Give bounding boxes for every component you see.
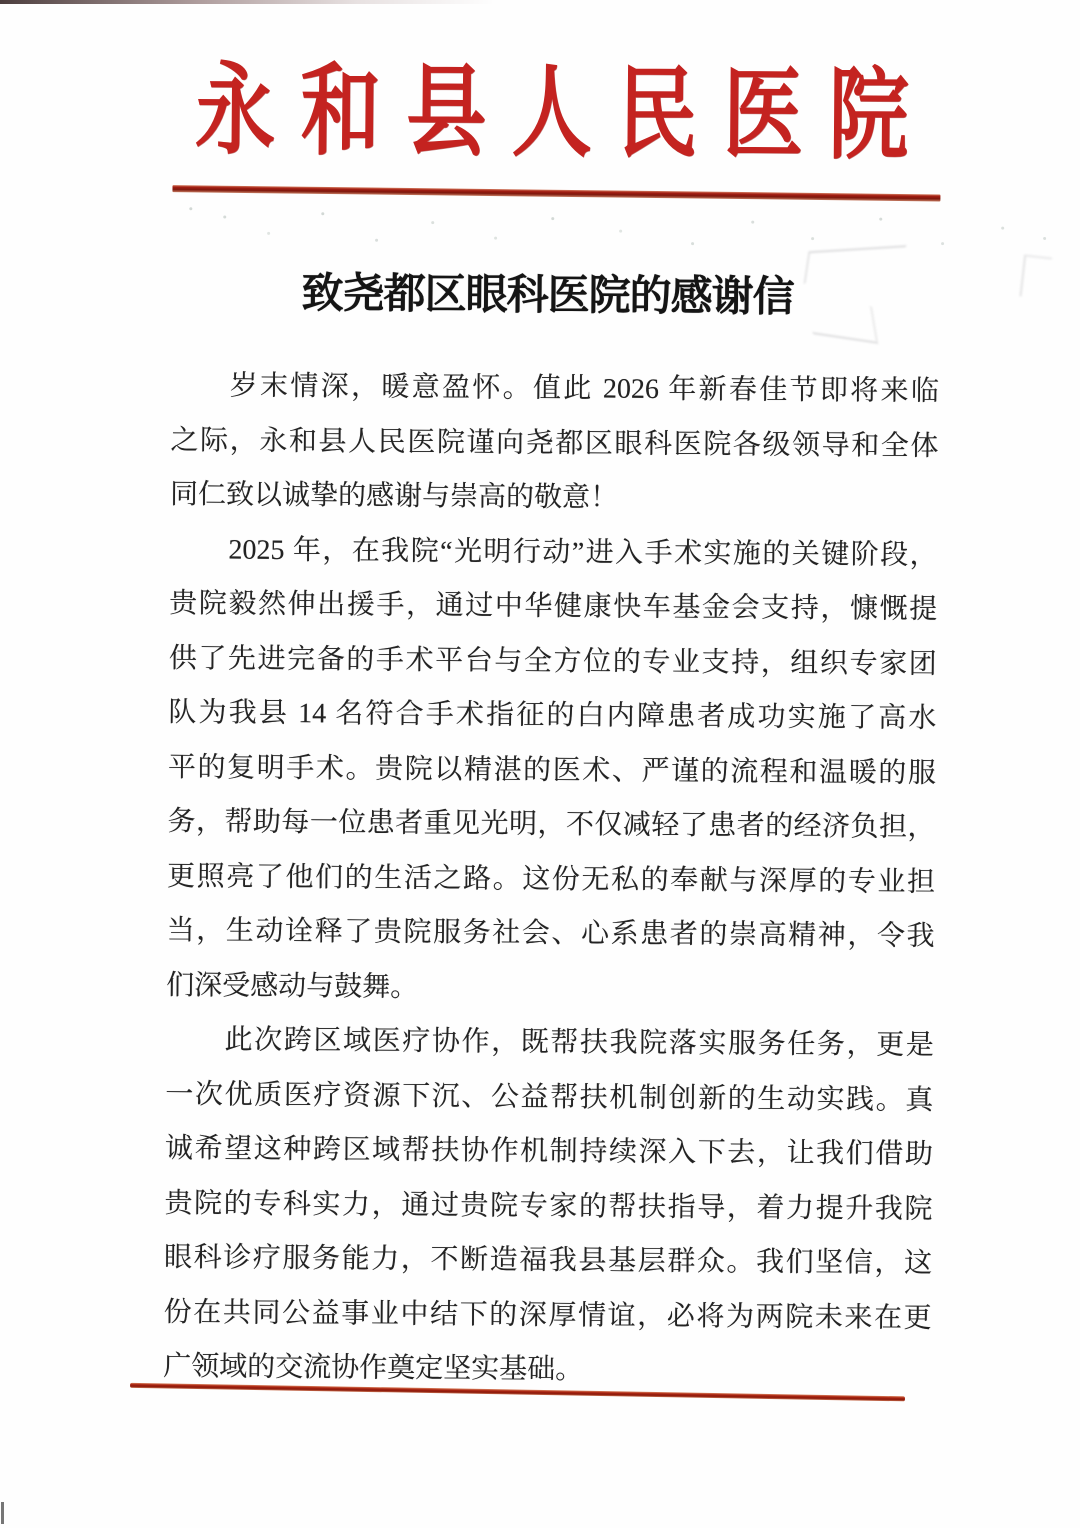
scanned-letter-page: 永和县人民医院 致尧都区眼科医院的感谢信 岁末情深，暖意盈怀。值此 2026 年… bbox=[0, 0, 1080, 1528]
text-line: 2025 年，在我院“光明行动”进入手术实施的关键阶段， bbox=[169, 523, 937, 584]
text-line: 此次跨区域医疗协作，既帮扶我院落实服务任务，更是 bbox=[166, 1013, 934, 1074]
text-line: 份在共同公益事业中结下的深厚情谊，必将为两院未来在更 bbox=[163, 1286, 931, 1347]
text-line: 们深受感动与鼓舞。 bbox=[166, 959, 934, 1020]
text-line: 同仁致以诚挚的感谢与崇高的敬意！ bbox=[170, 468, 938, 529]
text-line: 务，帮助每一位患者重见光明，不仅减轻了患者的经济负担， bbox=[167, 795, 935, 856]
scanner-edge-artifact bbox=[1, 1502, 4, 1524]
text-line: 队为我县 14 名符合手术指征的白内障患者成功实施了高水 bbox=[168, 686, 936, 747]
text-line: 更照亮了他们的生活之路。这份无私的奉献与深厚的专业担 bbox=[167, 850, 935, 911]
text-line: 平的复明手术。贵院以精湛的医术、严谨的流程和温暖的服 bbox=[168, 741, 936, 802]
paragraph: 2025 年，在我院“光明行动”进入手术实施的关键阶段，贵院毅然伸出援手，通过中… bbox=[166, 523, 938, 1020]
hospital-name: 永和县人民医院 bbox=[195, 55, 935, 173]
paragraph: 岁末情深，暖意盈怀。值此 2026 年新春佳节即将来临之际，永和县人民医院谨向尧… bbox=[170, 359, 939, 529]
letterhead: 永和县人民医院 bbox=[195, 55, 1080, 182]
text-line: 眼科诊疗服务能力，不断造福我县基层群众。我们坚信，这 bbox=[164, 1231, 932, 1292]
text-line: 贵院毅然伸出援手，通过中华健康快车基金会支持，慷慨提 bbox=[169, 577, 937, 638]
scanner-edge-artifact bbox=[0, 0, 495, 4]
text-line: 贵院的专科实力，通过贵院专家的帮扶指导，着力提升我院 bbox=[164, 1177, 932, 1238]
text-line: 当，生动诠释了贵院服务社会、心系患者的崇高精神，令我 bbox=[166, 904, 934, 965]
letter-title: 致尧都区眼科医院的感谢信 bbox=[163, 265, 931, 327]
text-line: 诚希望这种跨区域帮扶协作机制持续深入下去，让我们借助 bbox=[165, 1122, 933, 1183]
scan-noise-artifact bbox=[189, 207, 192, 210]
text-line: 岁末情深，暖意盈怀。值此 2026 年新春佳节即将来临 bbox=[171, 359, 939, 420]
text-line: 一次优质医疗资源下沉、公益帮扶机制创新的生动实践。真 bbox=[165, 1068, 933, 1129]
letterhead-divider-rule bbox=[172, 185, 940, 201]
scan-bleedthrough-artifact bbox=[1020, 254, 1053, 299]
paragraph: 此次跨区域医疗协作，既帮扶我院落实服务任务，更是一次优质医疗资源下沉、公益帮扶机… bbox=[163, 1013, 934, 1401]
letter-content: 永和县人民医院 致尧都区眼科医院的感谢信 岁末情深，暖意盈怀。值此 2026 年… bbox=[0, 0, 1080, 1528]
text-line: 供了先进完备的手术平台与全方位的专业支持，组织专家团 bbox=[169, 632, 937, 693]
letter-body: 岁末情深，暖意盈怀。值此 2026 年新春佳节即将来临之际，永和县人民医院谨向尧… bbox=[163, 359, 939, 1400]
text-line: 之际，永和县人民医院谨向尧都区眼科医院各级领导和全体 bbox=[170, 414, 938, 475]
